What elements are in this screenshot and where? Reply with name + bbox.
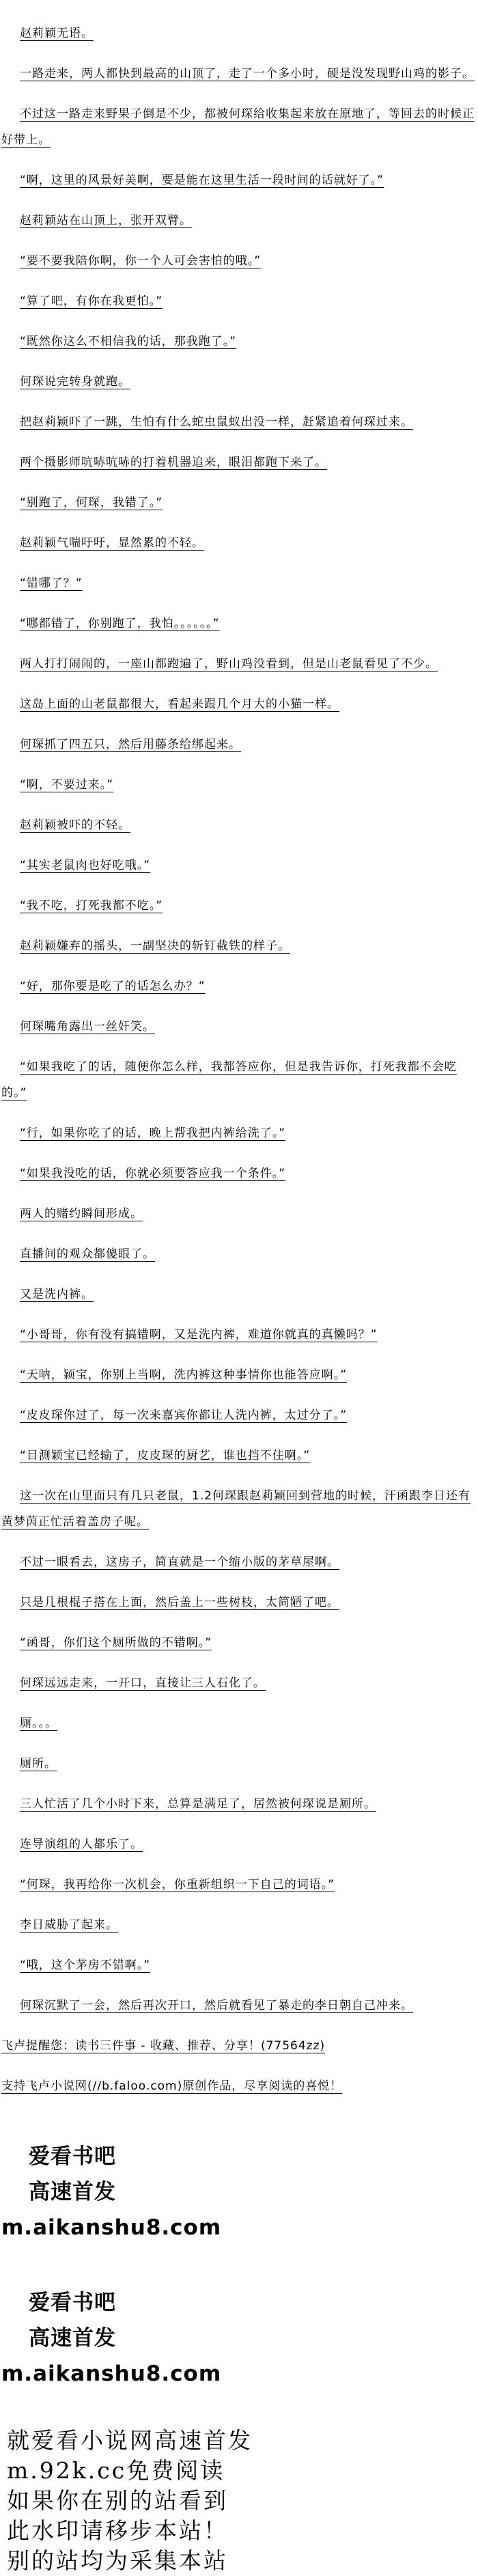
paragraph: 何琛抓了四五只，然后用藤条给绑起来。 (1, 732, 475, 758)
promo-blocks: 爱看书吧高速首发m.aikanshu8.com爱看书吧高速首发m.aikansh… (1, 2139, 475, 2392)
paragraph: 赵莉颖站在山顶上，张开双臂。 (1, 208, 475, 234)
watermark-line: 如果你在别的站看到 (7, 2486, 475, 2516)
watermark-line: 就爱看小说网高速首发 (7, 2426, 475, 2456)
paragraph: 不过一眼看去，这房子，简直就是一个缩小版的茅草屋啊。 (1, 1549, 475, 1575)
paragraph: 三人忙活了几个小时下来，总算是满足了，居然被何琛说是厕所。 (1, 1791, 475, 1817)
paragraph: 把赵莉颖吓了一跳，生怕有什么蛇虫鼠蚁出没一样，赶紧追着何琛过来。 (1, 409, 475, 435)
paragraph: 两人的赌约瞬间形成。 (1, 1201, 475, 1227)
paragraph: “错哪了？” (1, 570, 475, 596)
paragraph: 赵莉颖无语。 (1, 20, 475, 46)
paragraph: 赵莉颖被吓的不轻。 (1, 812, 475, 838)
paragraph: “其实老鼠肉也好吃哦。” (1, 853, 475, 878)
paragraph: “算了吧，有你在我更怕。” (1, 288, 475, 314)
paragraph: “函哥，你们这个厕所做的不错啊。” (1, 1630, 475, 1656)
paragraph: 何琛远远走来，一开口，直接让三人石化了。 (1, 1670, 475, 1696)
paragraph: 连导演组的人都乐了。 (1, 1831, 475, 1857)
paragraph: 又是洗内裤。 (1, 1282, 475, 1307)
paragraph: “啊，这里的风景好美啊，要是能在这里生活一段时间的话就好了。” (1, 167, 475, 193)
promo-text: 高速首发 (29, 2321, 475, 2356)
paragraph: 李日威胁了起来。 (1, 1912, 475, 1938)
promo-block: 爱看书吧高速首发m.aikanshu8.com (1, 2139, 475, 2245)
paragraph: 这一次在山里面只有几只老鼠，1.2何琛跟赵莉颖回到营地的时候，汗函跟李日还有黄梦… (1, 1483, 475, 1535)
paragraph: “如果我没吃的话，你就必须要答应我一个条件。” (1, 1161, 475, 1187)
watermark-line: 此水印请移步本站！ (7, 2516, 475, 2546)
paragraph: 厕。。。 (1, 1711, 475, 1736)
page-content: 赵莉颖无语。一路走来，两人都快到最高的山顶了，走了一个多小时，硬是没发现野山鸡的… (0, 0, 478, 2576)
paragraph: “皮皮琛你过了，每一次来嘉宾你都让人洗内裤，太过分了。” (1, 1402, 475, 1428)
paragraph: “要不要我陪你啊，你一个人可会害怕的哦。” (1, 248, 475, 274)
paragraph: 赵莉颖嫌弃的摇头，一副坚决的斩钉截铁的样子。 (1, 933, 475, 959)
paragraph: 这岛上面的山老鼠都很大，看起来跟几个月大的小猫一样。 (1, 691, 475, 717)
paragraph: “如果我吃了的话，随便你怎么样，我都答应你，但是我告诉你，打死我都不会吃的。” (1, 1054, 475, 1106)
promo-site-url: m.aikanshu8.com (1, 2210, 475, 2245)
promo-text: 爱看书吧 (29, 2285, 475, 2321)
paragraph: “既然你这么不相信我的话，那我跑了。” (1, 329, 475, 355)
paragraph: “小哥哥，你有没有搞错啊，又是洗内裤，难道你就真的真懒吗？” (1, 1322, 475, 1348)
paragraph: “别跑了，何琛，我错了。” (1, 490, 475, 516)
paragraph: 不过这一路走来野果子倒是不少，都被何琛给收集起来放在原地了，等回去的时候正好带上… (1, 101, 475, 153)
paragraph: 何琛说完转身就跑。 (1, 369, 475, 395)
paragraph: 支持飞卢小说网(//b.faloo.com)原创作品，尽享阅读的喜悦！ (1, 2073, 475, 2099)
paragraph: “啊，不要过来。” (1, 772, 475, 798)
paragraph: “我不吃，打死我都不吃。” (1, 893, 475, 919)
paragraph: “哦，这个茅房不错啊。” (1, 1952, 475, 1978)
paragraph: “天呐，颖宝，你别上当啊，洗内裤这种事情你也能答应啊。” (1, 1362, 475, 1388)
promo-block: 爱看书吧高速首发m.aikanshu8.com (1, 2285, 475, 2392)
promo-text: 高速首发 (29, 2174, 475, 2210)
paragraph: “何琛，我再给你一次机会，你重新组织一下自己的词语。” (1, 1872, 475, 1898)
watermark: 就爱看小说网高速首发m.92k.cc免费阅读如果你在别的站看到此水印请移步本站！… (1, 2426, 475, 2576)
paragraph: 直播间的观众都傻眼了。 (1, 1241, 475, 1267)
novel-text: 赵莉颖无语。一路走来，两人都快到最高的山顶了，走了一个多小时，硬是没发现野山鸡的… (1, 20, 475, 2099)
paragraph: 一路走来，两人都快到最高的山顶了，走了一个多小时，硬是没发现野山鸡的影子。 (1, 61, 475, 87)
paragraph: 飞卢提醒您：读书三件事 - 收藏、推荐、分享！(77564zz) (1, 2033, 475, 2059)
promo-text: 爱看书吧 (29, 2139, 475, 2174)
promo-site-url: m.aikanshu8.com (1, 2356, 475, 2392)
watermark-line: 别的站均为采集本站 (7, 2546, 475, 2576)
paragraph: 两个摄影师吭哧吭哧的打着机器追来，眼泪都跑下来了。 (1, 449, 475, 475)
paragraph: 何琛沉默了一会，然后再次开口，然后就看见了暴走的李日朝自己冲来。 (1, 1993, 475, 2019)
paragraph: “哪都错了，你别跑了，我怕。。。。。。” (1, 611, 475, 637)
paragraph: “好，那你要是吃了的话怎么办？” (1, 973, 475, 999)
paragraph: 两人打打闹闹的，一座山都跑遍了，野山鸡没看到，但是山老鼠看见了不少。 (1, 651, 475, 677)
paragraph: 何琛嘴角露出一丝奸笑。 (1, 1014, 475, 1040)
paragraph: “行，如果你吃了的话，晚上帮我把内裤给洗了。” (1, 1120, 475, 1146)
paragraph: 只是几根棍子搭在上面，然后盖上一些树枝，太简陋了吧。 (1, 1590, 475, 1616)
paragraph: 厕所。 (1, 1751, 475, 1777)
watermark-line: m.92k.cc免费阅读 (7, 2456, 475, 2486)
paragraph: “目测颖宝已经输了，皮皮琛的厨艺，谁也挡不住啊。” (1, 1443, 475, 1469)
paragraph: 赵莉颖气喘吁吁，显然累的不轻。 (1, 530, 475, 556)
